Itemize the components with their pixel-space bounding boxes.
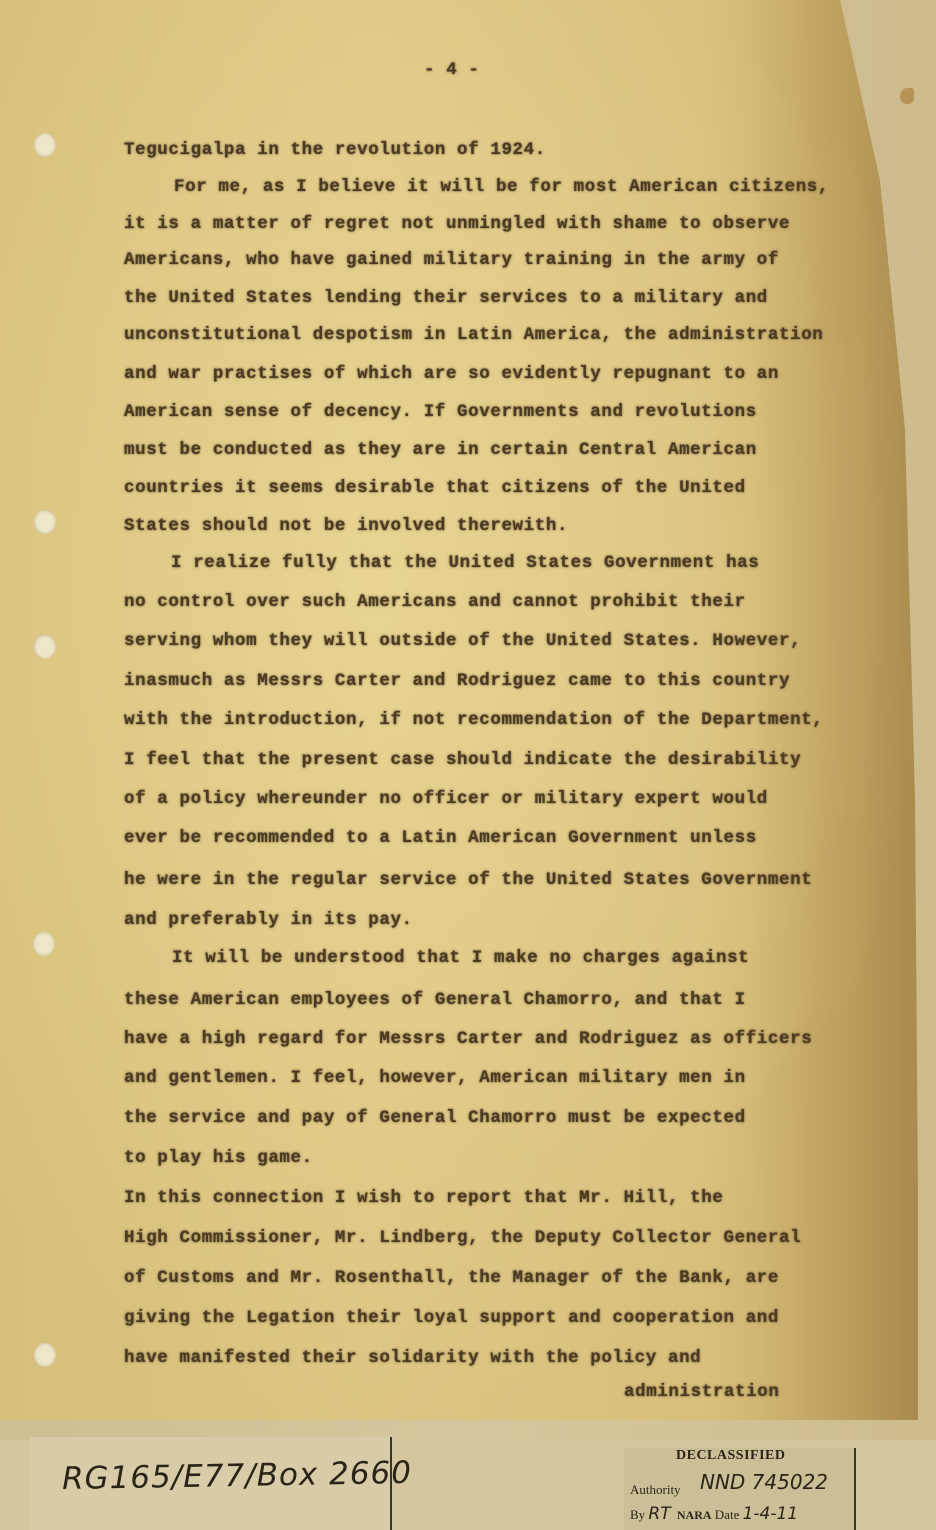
typed-line: States should not be involved therewith. [124, 516, 568, 536]
typed-line: the United States lending their services… [124, 288, 768, 308]
authority-label: Authority [630, 1482, 681, 1498]
typed-line: ever be recommended to a Latin American … [124, 828, 757, 848]
page-number: - 4 - [424, 60, 480, 80]
typed-line: he were in the regular service of the Un… [124, 870, 812, 890]
authority-value: NND 745022 [700, 1470, 828, 1494]
typed-line: have a high regard for Messrs Carter and… [124, 1029, 812, 1049]
typed-line: have manifested their solidarity with th… [124, 1348, 701, 1368]
agency-label: NARA [677, 1508, 712, 1522]
typed-line: It will be understood that I make no cha… [172, 948, 749, 968]
typed-line: with the introduction, if not recommenda… [124, 710, 823, 730]
by-row: By RT NARA Date 1-4-11 [630, 1504, 798, 1524]
typed-line: of a policy whereunder no officer or mil… [124, 789, 768, 809]
archive-reference: RG165/E77/Box 2660 [62, 1455, 413, 1497]
typed-line: these American employees of General Cham… [124, 990, 746, 1010]
date-value: 1-4-11 [743, 1504, 799, 1524]
typed-line: of Customs and Mr. Rosenthall, the Manag… [124, 1268, 779, 1288]
document-page: - 4 - Tegucigalpa in the revolution of 1… [0, 0, 936, 1445]
catchword: administration [624, 1382, 779, 1402]
typed-line: In this connection I wish to report that… [124, 1188, 724, 1208]
punch-hole [34, 133, 56, 157]
page-edge-mark [900, 88, 914, 104]
typed-line: I feel that the present case should indi… [124, 750, 801, 770]
typed-line: countries it seems desirable that citize… [124, 478, 746, 498]
typed-line: and preferably in its pay. [124, 910, 413, 930]
punch-hole [34, 510, 56, 534]
typed-line: and gentlemen. I feel, however, American… [124, 1068, 746, 1088]
typed-line: must be conducted as they are in certain… [124, 440, 757, 460]
punch-hole [34, 1343, 56, 1367]
typed-line: and war practises of which are so eviden… [124, 364, 779, 384]
typed-line: Tegucigalpa in the revolution of 1924. [124, 140, 546, 160]
typed-line: inasmuch as Messrs Carter and Rodriguez … [124, 671, 790, 691]
typed-line: For me, as I believe it will be for most… [174, 177, 829, 197]
by-label: By [630, 1507, 645, 1522]
declassified-stamp: DECLASSIFIED Authority NND 745022 By RT … [624, 1448, 856, 1530]
typed-line: the service and pay of General Chamorro … [124, 1108, 746, 1128]
typed-line: High Commissioner, Mr. Lindberg, the Dep… [124, 1228, 801, 1248]
by-initials: RT [648, 1504, 670, 1524]
stamp-title: DECLASSIFIED [676, 1448, 785, 1464]
typed-line: to play his game. [124, 1148, 313, 1168]
typed-line: American sense of decency. If Government… [124, 402, 757, 422]
punch-hole [34, 635, 56, 659]
typed-line: it is a matter of regret not unmingled w… [124, 214, 790, 234]
date-label: Date [715, 1507, 740, 1522]
typed-line: serving whom they will outside of the Un… [124, 631, 801, 651]
typed-line: giving the Legation their loyal support … [124, 1308, 779, 1328]
typed-line: unconstitutional despotism in Latin Amer… [124, 325, 823, 345]
typed-line: no control over such Americans and canno… [124, 592, 746, 612]
typed-line: I realize fully that the United States G… [171, 553, 759, 573]
typed-line: Americans, who have gained military trai… [124, 250, 779, 270]
punch-hole [33, 932, 55, 956]
